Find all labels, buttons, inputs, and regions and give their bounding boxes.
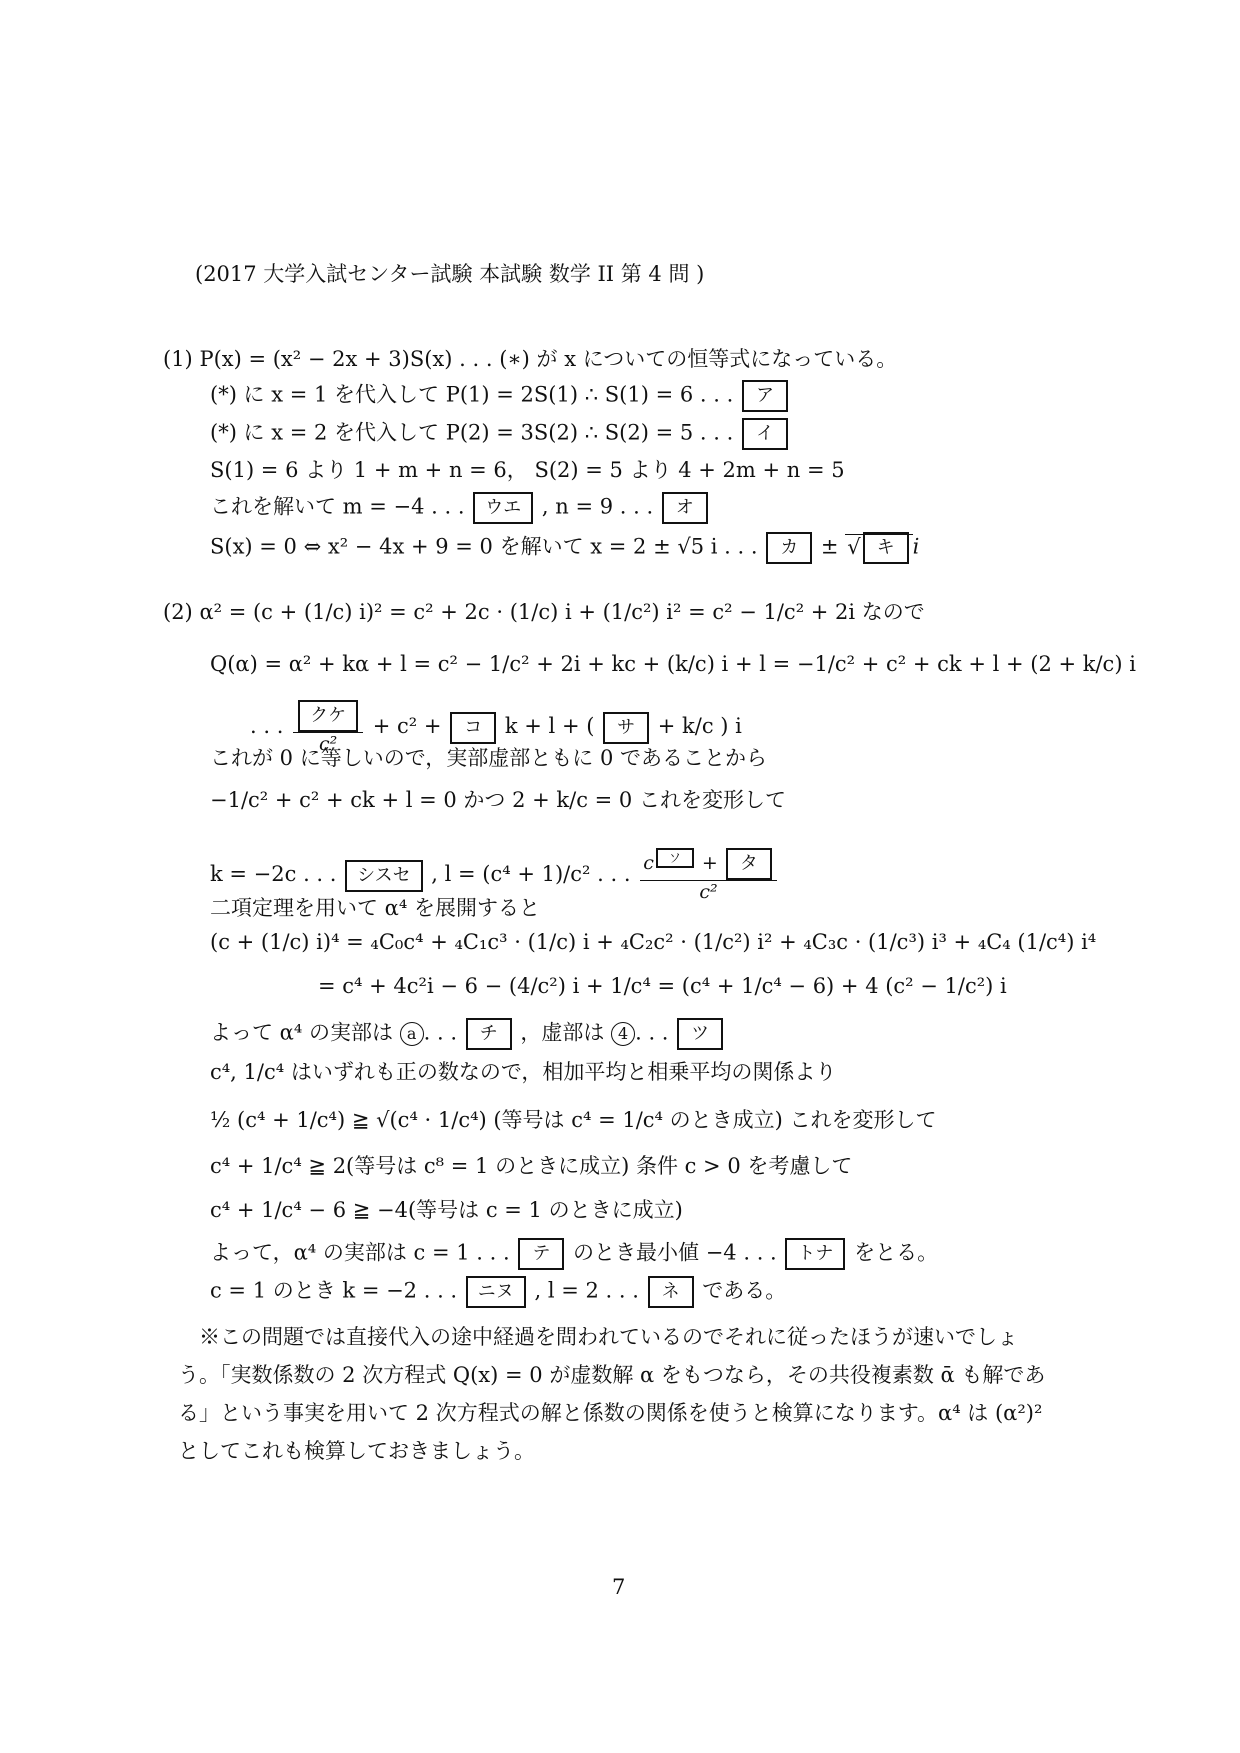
answer-box-ninu: ニヌ [466,1276,526,1308]
explanatory-note: ※この問題では直接代入の途中経過を問われているのでそれに従ったほうが速いでしょう… [178,1318,1058,1470]
part2-line5: −1/c² + c² + ck + l = 0 かつ 2 + k/c = 0 こ… [210,786,786,814]
answer-box-ue: ウエ [473,492,533,524]
answer-box-ki: キ [863,532,909,564]
answer-box-so: ソ [656,848,694,868]
part2-line7: 二項定理を用いて α⁴ を展開すると [210,894,540,922]
part1-substitution-2: (*) に x = 2 を代入して P(2) = 3S(2) ∴ S(2) = … [210,421,733,445]
circled-4: 4 [611,1022,635,1046]
part1-solve-m: これを解いて m = −4 . . . [210,495,465,519]
part2-line12: ½ (c⁴ + 1/c⁴) ≧ √(c⁴ · 1/c⁴) (等号は c⁴ = 1… [210,1106,937,1134]
term-c2: + c² + [373,714,442,738]
part1-solve-x: S(x) = 0 ⇔ x² − 4x + 9 = 0 を解いて x = 2 ± … [210,535,758,559]
k-equation: k = −2c . . . [210,862,336,886]
document-page: (2017 大学入試センター試験 本試験 数学 II 第 4 問 ) (1) P… [0,0,1240,1753]
part2-line10: よって α⁴ の実部は a. . . チ ，虚部は 4. . . ツ [210,1018,725,1050]
part2-alpha-squared: α² = (c + (1/c) i)² = c² + 2c · (1/c) i … [199,600,924,624]
sqrt-symbol: √キ [845,534,912,559]
denominator: c² [696,881,720,903]
part2-line11: c⁴, 1/c⁴ はいずれも正の数なので，相加平均と相乗平均の関係より [210,1058,836,1086]
term-k-over-c: + k/c ) i [658,714,742,738]
part2-line16: c = 1 のとき k = −2 . . . ニヌ , l = 2 . . . … [210,1276,786,1308]
page-title: (2017 大学入試センター試験 本試験 数学 II 第 4 問 ) [195,258,704,288]
imag-part-label: ，虚部は [520,1021,604,1045]
real-part-label: よって α⁴ の実部は [210,1021,393,1045]
answer-box-ka: カ [766,532,812,564]
part2-line14: c⁴ + 1/c⁴ − 6 ≧ −4(等号は c = 1 のときに成立) [210,1196,683,1224]
part1-line6: S(x) = 0 ⇔ x² − 4x + 9 = 0 を解いて x = 2 ± … [210,532,919,564]
l-equation: , l = (c⁴ + 1)/c² . . . [431,862,630,886]
answer-box-ne: ネ [648,1276,694,1308]
part1-line3: (*) に x = 2 を代入して P(2) = 3S(2) ∴ S(2) = … [210,418,790,450]
part2-line13: c⁴ + 1/c⁴ ≧ 2(等号は c⁸ = 1 のときに成立) 条件 c > … [210,1152,852,1180]
answer-box-ta: タ [726,848,772,880]
page-number: 7 [612,1575,625,1599]
answer-box-a: ア [742,380,788,412]
part1-line4: S(1) = 6 より 1 + m + n = 6， S(2) = 5 より 4… [210,456,845,484]
part2-line9: = c⁴ + 4c²i − 6 − (4/c²) i + 1/c⁴ = (c⁴ … [318,972,1007,1000]
part1-line5: これを解いて m = −4 . . . ウエ , n = 9 . . . オ [210,492,710,524]
fraction-so-ta: cソ + タ c² [640,848,777,903]
answer-box-sa: サ [603,712,649,744]
circled-a: a [400,1022,424,1046]
sentence-end: である。 [702,1279,786,1303]
answer-box-i: イ [742,418,788,450]
answer-box-o: オ [662,492,708,524]
imaginary-unit: i [913,535,920,559]
ellipsis: . . . [250,714,283,738]
part2-line4: これが 0 に等しいので，実部虚部ともに 0 であることから [210,744,767,772]
l-value: , l = 2 . . . [534,1279,638,1303]
answer-box-tona: トナ [785,1238,845,1270]
part2-line2: Q(α) = α² + kα + l = c² − 1/c² + 2i + kc… [210,650,1136,678]
term-kl: k + l + ( [505,714,595,738]
part2-line15: よって，α⁴ の実部は c = 1 . . . テ のとき最小値 −4 . . … [210,1238,938,1270]
part1-label: (1) [163,347,193,371]
minimum-condition: よって，α⁴ の実部は c = 1 . . . [210,1241,510,1265]
answer-box-kuke: クケ [298,700,358,732]
part2-line1: (2) α² = (c + (1/c) i)² = c² + 2c · (1/c… [163,598,925,626]
part1-substitution-1: (*) に x = 1 を代入して P(1) = 2S(1) ∴ S(1) = … [210,383,733,407]
answer-box-shisuse: シスセ [345,860,422,892]
answer-box-chi: チ [466,1018,512,1050]
part2-label: (2) [163,600,193,624]
answer-box-ko: コ [450,712,496,744]
answer-box-te: テ [518,1238,564,1270]
sentence-end: をとる。 [854,1241,938,1265]
part2-line8: (c + (1/c) i)⁴ = ₄C₀c⁴ + ₄C₁c³ · (1/c) i… [210,928,1096,956]
ellipsis: . . . [424,1021,457,1045]
part1-line1: (1) P(x) = (x² − 2x + 3)S(x) . . . (∗) が… [163,345,897,373]
minimum-value: のとき最小値 −4 . . . [573,1241,777,1265]
answer-box-tsu: ツ [677,1018,723,1050]
ellipsis: . . . [635,1021,668,1045]
part1-line2: (*) に x = 1 を代入して P(1) = 2S(1) ∴ S(1) = … [210,380,790,412]
part1-solve-n: , n = 9 . . . [542,495,653,519]
k-value: c = 1 のとき k = −2 . . . [210,1279,457,1303]
plus-minus-sign: ± [821,535,839,559]
part1-statement: P(x) = (x² − 2x + 3)S(x) . . . (∗) が x に… [199,347,897,371]
